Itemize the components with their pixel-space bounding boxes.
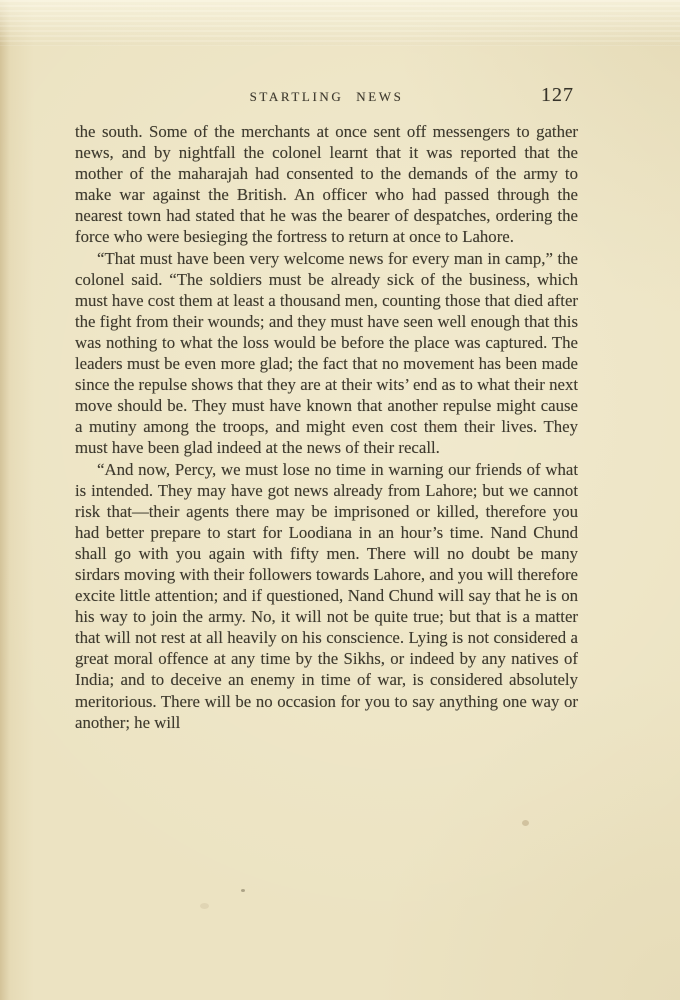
body-text: the south. Some of the merchants at once… xyxy=(75,121,578,733)
body-paragraph-3: “And now, Percy, we must lose no time in… xyxy=(75,459,578,733)
scan-speck xyxy=(522,820,529,826)
scan-speck xyxy=(241,889,245,892)
running-title: STARTLING NEWS xyxy=(75,89,578,105)
book-page-scan: STARTLING NEWS 127 the south. Some of th… xyxy=(0,0,680,1000)
scan-speck xyxy=(434,424,440,429)
page-number: 127 xyxy=(541,84,574,107)
scan-speck xyxy=(200,903,209,909)
running-header: STARTLING NEWS 127 xyxy=(75,84,578,108)
body-paragraph-1: the south. Some of the merchants at once… xyxy=(75,121,578,248)
body-paragraph-2: “That must have been very welcome news f… xyxy=(75,248,578,459)
